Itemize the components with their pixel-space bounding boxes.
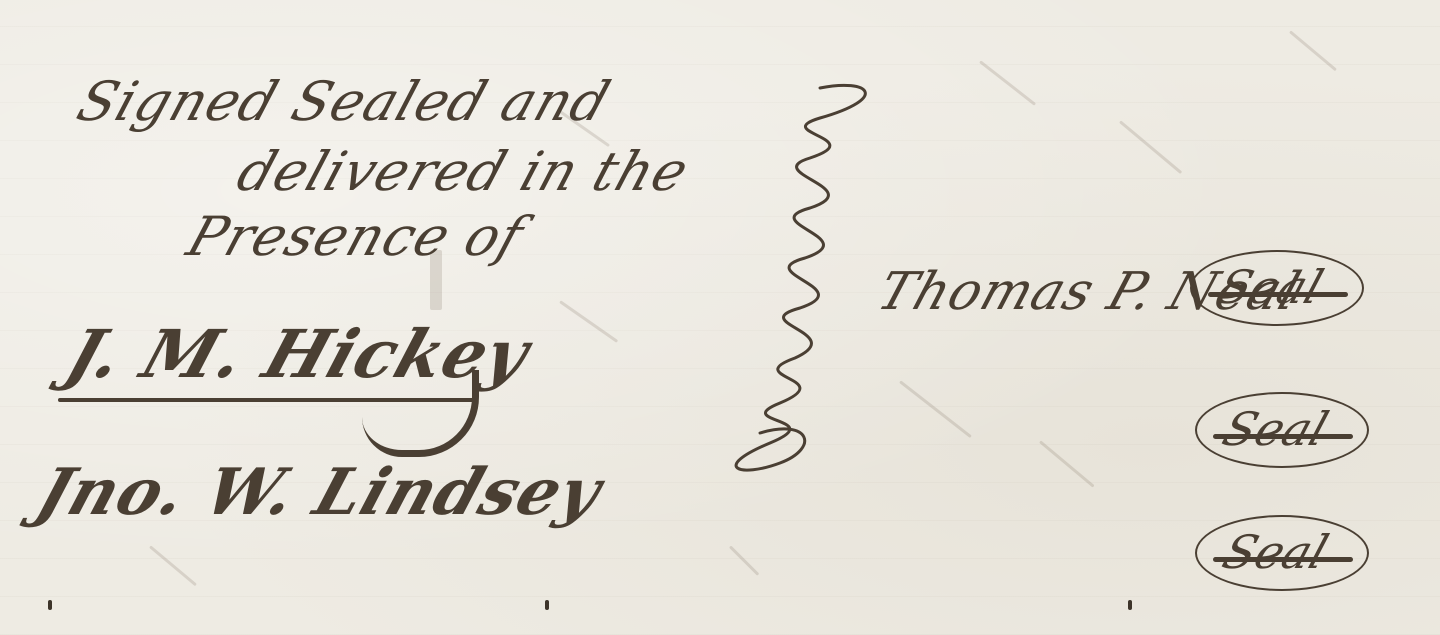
bleed-through-mark bbox=[729, 545, 759, 575]
document-page: Signed Sealed and delivered in the Prese… bbox=[0, 0, 1440, 635]
seal-label: Seal bbox=[1216, 525, 1334, 579]
bleed-through-mark bbox=[1039, 440, 1095, 487]
margin-tick-row bbox=[0, 600, 1440, 610]
margin-tick bbox=[48, 600, 52, 610]
margin-tick bbox=[545, 600, 549, 610]
attestation-line-1: Signed Sealed and bbox=[70, 70, 618, 133]
seal-strikethrough bbox=[1213, 434, 1353, 439]
bleed-through-mark bbox=[559, 300, 618, 343]
bleed-through-mark bbox=[1119, 120, 1182, 174]
seal-label: Seal bbox=[1216, 402, 1334, 456]
bleed-through-mark bbox=[979, 60, 1036, 105]
bleed-through-mark bbox=[149, 545, 197, 586]
seal-strikethrough bbox=[1213, 557, 1353, 562]
signature-flourish bbox=[362, 370, 479, 457]
witness-signature-lindsey: Jno. W. Lindsey bbox=[28, 455, 611, 530]
attestation-line-3: Presence of bbox=[180, 205, 532, 268]
bleed-through-mark bbox=[1289, 30, 1337, 71]
bleed-through-mark bbox=[899, 380, 972, 438]
seal-strikethrough bbox=[1208, 292, 1348, 297]
seal-mark: Seal bbox=[1195, 392, 1375, 472]
seal-mark: Seal bbox=[1190, 250, 1370, 330]
attestation-line-2: delivered in the bbox=[230, 140, 697, 203]
seal-mark: Seal bbox=[1195, 515, 1375, 595]
bracket-flourish-icon bbox=[700, 78, 890, 478]
seal-label: Seal bbox=[1211, 260, 1329, 314]
margin-tick bbox=[1128, 600, 1132, 610]
